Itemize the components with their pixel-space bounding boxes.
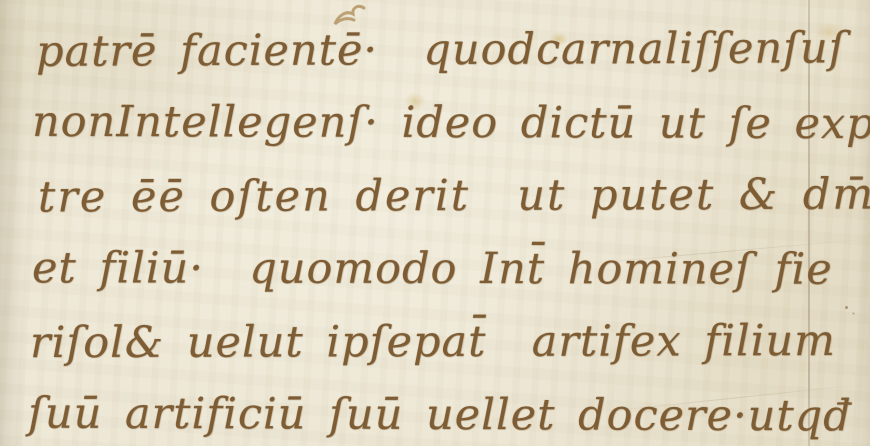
manuscript-line-5: riſol& uelut ipſepat̄ artifex filium [30,305,870,380]
manuscript-line-6: ſuū artificiū ſuū uellet docere·utqđ [28,378,870,446]
manuscript-line-3: tre ēē oſten derit ut putet & dm̄ [38,159,870,235]
manuscript-text-block: patrē facientē· quodcarnaliſſenſuſ nonIn… [30,14,870,446]
manuscript-line-1: patrē facientē· quodcarnaliſſenſuſ [36,12,870,89]
manuscript-line-4: et filiū· quomodo Int̄ homineſ fie [32,232,870,306]
page-edge-shadow-left [0,0,26,446]
manuscript-line-2: nonIntellegenſ· ideo dictū ut ſe expa [32,86,870,161]
manuscript-page: patrē facientē· quodcarnaliſſenſuſ nonIn… [0,0,870,446]
